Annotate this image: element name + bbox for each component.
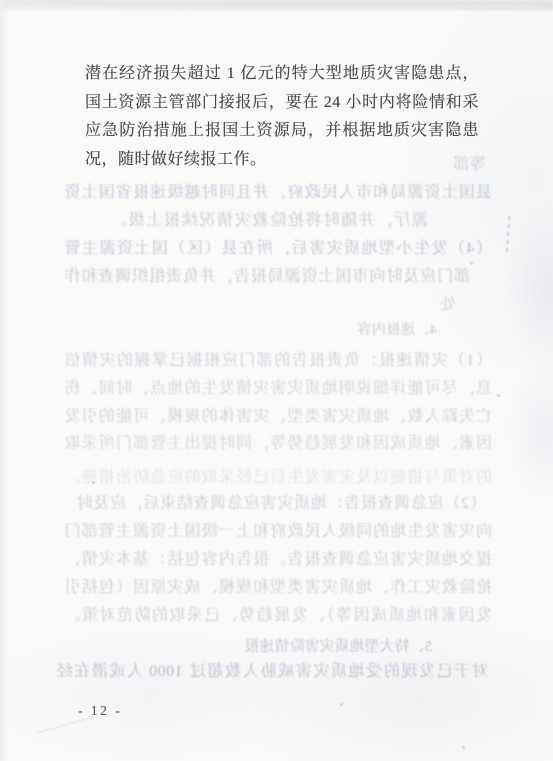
scan-speck xyxy=(497,394,500,397)
bleedthrough-line: 发因素和地质成因等）、发展趋势、已采取的防范对策。 xyxy=(64,606,492,626)
bleedthrough-line: 息，尽可能详细说明地质灾害灾情发生的地点、时间、伤 xyxy=(64,379,492,399)
bleedthrough-line: 因素、地质成因和发展趋势等，同时提出主管部门所采取 xyxy=(64,434,492,454)
bleedthrough-heading: 5、特大型地质灾害险情速报 xyxy=(240,637,432,657)
bleedthrough-line: 源厅，并随时将抢险救灾情况续报上级。 xyxy=(110,211,428,231)
page-number: - 12 - xyxy=(78,703,122,719)
scan-speck xyxy=(462,746,465,749)
bleedthrough-line: 抢险救灾工作、地质灾害类型和规模、成灾原因（包括引 xyxy=(64,578,492,598)
bleedthrough-line: 处理。 xyxy=(410,295,456,315)
paragraph-line: 国土资源主管部门接报后，要在 24 小时内将险情和采取的 xyxy=(85,89,479,118)
scan-artifact-streak xyxy=(506,216,511,256)
paragraph-line: 况，随时做好续报工作。 xyxy=(85,146,479,175)
scan-edge-left xyxy=(0,0,8,761)
bleedthrough-line: 县国土资源局和市人民政府，并且同时越级速报省国土资 xyxy=(64,183,492,203)
bleedthrough-line: （2）应急调查报告：地质灾害应急调查结束后，应及时 xyxy=(76,494,486,514)
bleedthrough-line: 部门应及时向市国土资源局报告，并负责组织调查和作出 xyxy=(64,267,470,287)
scan-speck xyxy=(340,703,343,706)
scanned-document-page: 潜在经济损失超过 1 亿元的特大型地质灾害隐患点，各县(区) 国土资源主管部门接… xyxy=(0,0,553,761)
scan-speck xyxy=(470,262,473,265)
paragraph-line: 潜在经济损失超过 1 亿元的特大型地质灾害隐患点，各县(区) xyxy=(85,60,479,89)
body-paragraph: 潜在经济损失超过 1 亿元的特大型地质灾害隐患点，各县(区) 国土资源主管部门接… xyxy=(85,60,479,174)
bleedthrough-line: 向灾害发生地的同级人民政府和上一级国土资源主管部门 xyxy=(64,522,492,542)
scan-edge-top xyxy=(0,0,553,10)
bleedthrough-line: （1）灾情速报：负责报告的部门应根据已掌握的灾情信 xyxy=(64,351,492,371)
bleedthrough-line: （4）发生小型地质灾害后，所在县（区）国土资源主管 xyxy=(64,239,492,259)
bleedthrough-line: 亡失踪人数、地质灾害类型、灾害体的规模、可能的引发 xyxy=(64,407,492,427)
bleedthrough-heading: 4、速报内容 xyxy=(345,321,437,341)
scan-speck xyxy=(92,481,95,484)
bleedthrough-line: 提交地质灾害应急调查报告。报告内容包括：基本灾情、 xyxy=(64,550,492,570)
bleedthrough-line: 的对策与措施以及灾害发生后已经采取的应急防治措施。 xyxy=(64,468,492,488)
bleedthrough-line: 对于已发现的受地质灾害威胁人数超过 1000 人或潜在经 xyxy=(56,662,488,682)
paragraph-line: 应急防治措施上报国土资源局，并根据地质灾害隐患变化情 xyxy=(85,117,479,146)
